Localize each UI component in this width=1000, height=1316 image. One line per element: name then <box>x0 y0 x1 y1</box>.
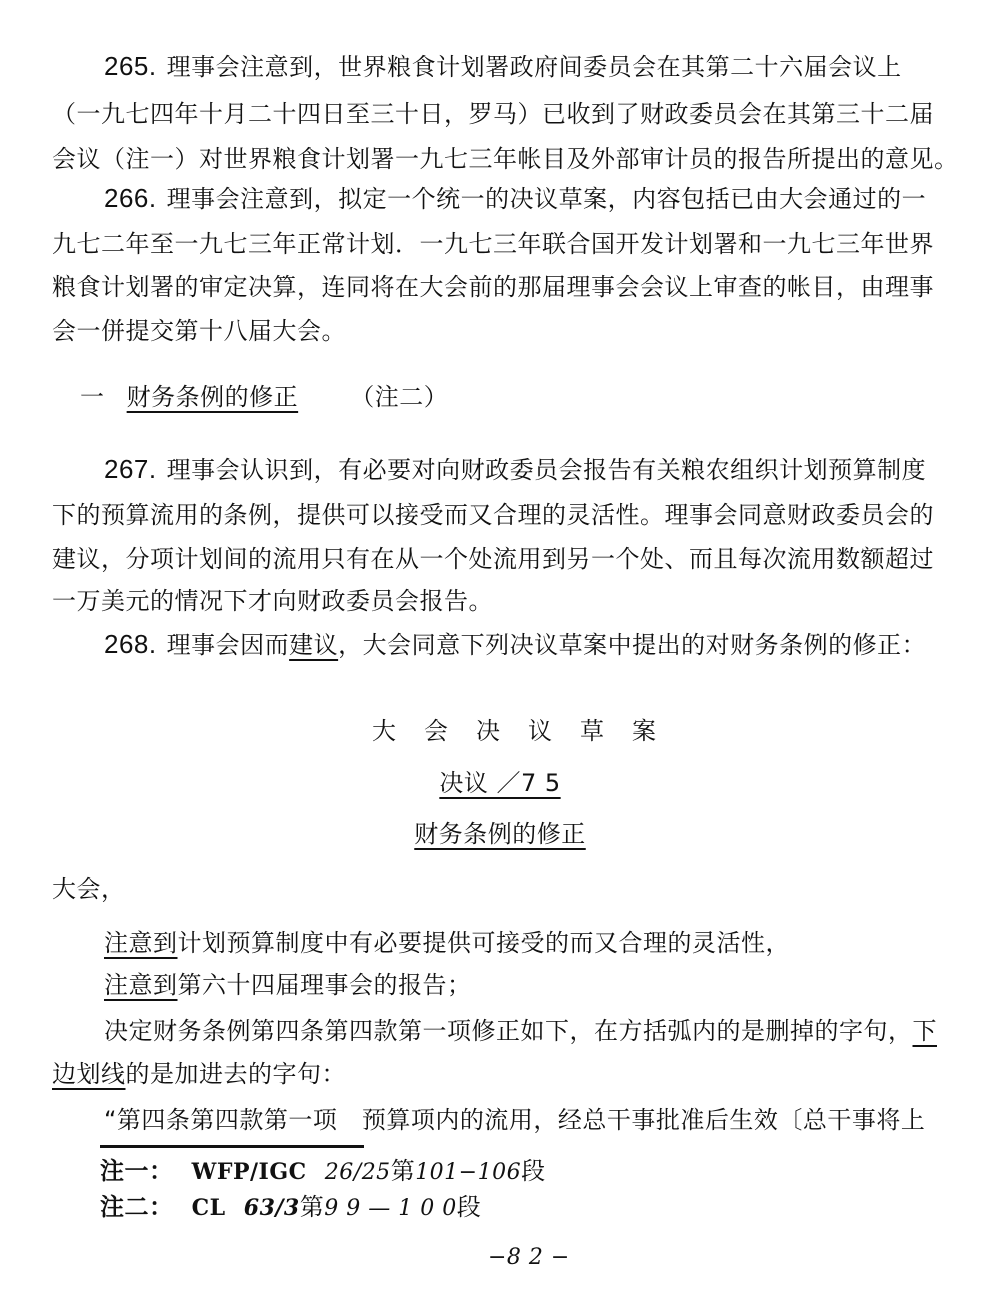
paragraph-text: 会一併提交第十八届大会。 <box>52 317 346 345</box>
paragraph-265-line-2: （一九七四年十月二十四日至三十日，罗马）已收到了财政委员会在其第三十二届 <box>52 98 934 130</box>
paragraph-number: 267. <box>104 454 157 484</box>
footnote-ref: CL <box>192 1195 226 1221</box>
resolution-quote-line: “第四条第四款第一项 预算项内的流用，经总干事批准后生效〔总干事将上 <box>104 1104 925 1136</box>
paragraph-text: 理事会注意到，拟定一个统一的决议草案，内容包括已由大会通过的一 <box>167 185 927 213</box>
resolution-subtitle-text: 财务条例的修正 <box>414 820 586 848</box>
paragraph-text: 理事会因而 <box>167 631 290 659</box>
page-number: −8 2 − <box>488 1240 570 1274</box>
footnote-text: 第 <box>300 1193 325 1221</box>
paragraph-text: 九七二年至一九七三年正常计划．一九七三年联合国开发计划署和一九七三年世界 <box>52 230 934 258</box>
paragraph-text: 下的预算流用的条例，提供可以接受而又合理的灵活性。理事会同意财政委员会的 <box>52 501 934 529</box>
footnote-2: 注二： CL 63/3第9 9 — 1 0 0段 <box>100 1191 481 1225</box>
footnote-label: 注二： <box>100 1193 174 1221</box>
section-title: 财务条例的修正 <box>127 383 299 411</box>
section-dash: 一 <box>80 383 105 411</box>
resolution-number: 决议 ／7 5 <box>0 767 1000 799</box>
resolution-heading: 大会决议草案 <box>0 715 1000 747</box>
paragraph-text: 建议，分项计划间的流用只有在从一个处流用到另一个处、而且每次流用数额超过 <box>52 545 934 573</box>
page-number-text: −8 2 − <box>488 1245 570 1270</box>
paragraph-text: 会议（注一）对世界粮食计划署一九七三年帐目及外部审计员的报告所提出的意见。 <box>52 145 959 173</box>
paragraph-text: 一万美元的情况下才向财政委员会报告。 <box>52 587 493 615</box>
paragraph-number: 268. <box>104 629 157 659</box>
paragraph-text: 粮食计划署的审定决算，连同将在大会前的那届理事会会议上审查的帐目，由理事 <box>52 273 934 301</box>
footnote-text: 段 <box>457 1193 482 1221</box>
clause-text: 计划预算制度中有必要提供可接受的而又合理的灵活性， <box>178 929 791 957</box>
clause-text: 的是加进去的字句： <box>126 1060 347 1088</box>
underlined-text: 注意到 <box>104 929 178 957</box>
paragraph-268: 268.理事会因而建议，大会同意下列决议草案中提出的对财务条例的修正： <box>104 628 926 661</box>
paragraph-text: ，大会同意下列决议草案中提出的对财务条例的修正： <box>338 631 926 659</box>
resolution-subtitle: 财务条例的修正 <box>0 818 1000 850</box>
resolution-clause-3-line-2: 边划线的是加进去的字句： <box>52 1058 346 1090</box>
footnote-range: 101−106 <box>415 1160 521 1185</box>
paragraph-text: 理事会注意到，世界粮食计划署政府间委员会在其第二十六届会议上 <box>167 53 902 81</box>
footnote-ref: WFP/IGC <box>192 1159 307 1185</box>
paragraph-265-line-3: 会议（注一）对世界粮食计划署一九七三年帐目及外部审计员的报告所提出的意见。 <box>52 143 959 175</box>
resolution-opening: 大会， <box>52 873 126 905</box>
resolution-number-text: 决议 ／7 5 <box>439 769 560 797</box>
clause-text: 决定财务条例第四条第四款第一项修正如下，在方括弧内的是删掉的字句， <box>104 1017 913 1045</box>
clause-text: 第六十四届理事会的报告； <box>178 971 472 999</box>
footnote-divider <box>100 1145 364 1148</box>
section-heading: 一 财务条例的修正 （注二） <box>80 381 448 413</box>
underlined-text: 建议 <box>289 631 338 659</box>
underlined-text: 下 <box>913 1017 938 1045</box>
paragraph-267-line-3: 建议，分项计划间的流用只有在从一个处流用到另一个处、而且每次流用数额超过 <box>52 543 934 575</box>
resolution-clause-3-line-1: 决定财务条例第四条第四款第一项修正如下，在方括弧内的是删掉的字句，下 <box>104 1015 937 1047</box>
underlined-text: 注意到 <box>104 971 178 999</box>
footnote-nums: 26/25 <box>325 1160 391 1185</box>
paragraph-267-line-2: 下的预算流用的条例，提供可以接受而又合理的灵活性。理事会同意财政委员会的 <box>52 499 934 531</box>
paragraph-266-line-1: 266.理事会注意到，拟定一个统一的决议草案，内容包括已由大会通过的一 <box>104 182 926 215</box>
footnote-1: 注一： WFP/IGC 26/25第101−106段 <box>100 1155 546 1189</box>
resolution-clause-2: 注意到第六十四届理事会的报告； <box>104 969 472 1001</box>
paragraph-265-line-1: 265.理事会注意到，世界粮食计划署政府间委员会在其第二十六届会议上 <box>104 50 902 83</box>
paragraph-text: （一九七四年十月二十四日至三十日，罗马）已收到了财政委员会在其第三十二届 <box>52 100 934 128</box>
footnote-text: 段 <box>521 1157 546 1185</box>
paragraph-267-line-1: 267.理事会认识到，有必要对向财政委员会报告有关粮农组织计划预算制度 <box>104 453 926 486</box>
footnote-text: 第 <box>391 1157 416 1185</box>
resolution-clause-1: 注意到计划预算制度中有必要提供可接受的而又合理的灵活性， <box>104 927 790 959</box>
footnote-nums: 63/3 <box>244 1195 300 1221</box>
paragraph-267-line-4: 一万美元的情况下才向财政委员会报告。 <box>52 585 493 617</box>
paragraph-number: 266. <box>104 183 157 213</box>
paragraph-266-line-2: 九七二年至一九七三年正常计划．一九七三年联合国开发计划署和一九七三年世界 <box>52 228 934 260</box>
paragraph-266-line-4: 会一併提交第十八届大会。 <box>52 315 346 347</box>
paragraph-266-line-3: 粮食计划署的审定决算，连同将在大会前的那届理事会会议上审查的帐目，由理事 <box>52 271 934 303</box>
footnote-label: 注一： <box>100 1157 174 1185</box>
paragraph-text: 理事会认识到，有必要对向财政委员会报告有关粮农组织计划预算制度 <box>167 456 927 484</box>
section-note-ref: （注二） <box>350 383 448 411</box>
paragraph-number: 265. <box>104 51 157 81</box>
footnote-range: 9 9 — 1 0 0 <box>324 1196 456 1221</box>
underlined-text: 边划线 <box>52 1060 126 1088</box>
